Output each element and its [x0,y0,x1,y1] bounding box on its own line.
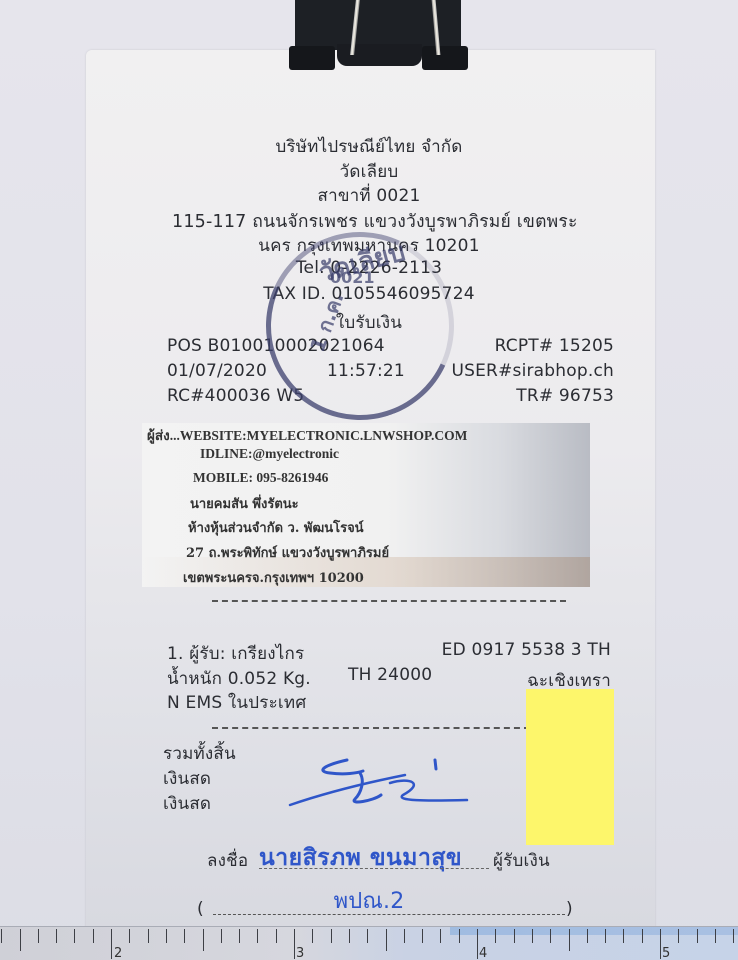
sender-mobile: MOBILE: 095-8261946 [193,470,328,486]
paren-open: ( [197,899,204,919]
measuring-ruler [0,926,738,960]
sender-name: นายคมสัน พึ่งรัตนะ [190,493,299,514]
binder-clip [287,0,470,72]
ruler-tick [477,929,478,959]
ruler-tick [203,929,204,951]
receiver-label: ผู้รับเงิน [493,847,550,874]
sender-address-2: เขตพระนครจ.กรุงเทพฯ 10200 [183,567,364,588]
redaction-box [526,689,614,845]
receipt-date: 01/07/2020 [167,361,267,381]
divider-2 [212,727,530,729]
binder-clip-left-foot [289,46,335,70]
ruler-label-5: 5 [662,946,670,960]
ruler-tick [20,929,21,951]
cash-label-2: เงินสด [163,790,211,817]
signer-name-stamp: นายสิรภพ ขนมาสุข [259,840,462,876]
binder-clip-right-foot [422,46,468,70]
binder-clip-jaw [337,44,422,66]
ruler-tick [312,929,313,943]
user-id: USER#sirabhop.ch [451,361,614,381]
name-blank-line [213,914,565,915]
sender-website: ผู้ส่ง...WEBSITE:MYELECTRONIC.LNWSHOP.CO… [147,424,467,446]
sign-underline [259,868,489,869]
handwritten-signature [285,755,475,815]
ruler-tick [678,929,679,943]
ruler-tick [367,929,368,943]
ruler-tick [569,929,570,951]
destination-code: TH 24000 [348,665,432,685]
sign-label: ลงชื่อ [207,847,248,874]
ruler-tick [257,929,258,943]
ruler-tick [715,929,716,943]
recipient: 1. ผู้รับ: เกรียงไกร [167,640,304,667]
receipt-number: RCPT# 15205 [495,336,614,356]
service-type: N EMS ในประเทศ [167,689,306,716]
ruler-tick [459,929,460,943]
item-weight: น้ำหนัก 0.052 Kg. [167,665,311,692]
address-line-1: 115-117 ถนนจักรเพชร แขวงวังบูรพาภิรมย์ เ… [172,207,578,235]
sender-company: ห้างหุ้นส่วนจำกัด ว. พัฒนโรจน์ [188,517,364,538]
ruler-tick [386,929,387,951]
signer-position: พปณ.2 [0,883,738,918]
rc-number: RC#400036 W5 [167,386,304,406]
ruler-tick [148,929,149,943]
ruler-tick [111,929,112,959]
ruler-tick [93,929,94,943]
tracking-number: ED 0917 5538 3 TH [442,640,611,660]
transaction-number: TR# 96753 [516,386,614,406]
ruler-tick [660,929,661,959]
ruler-tick [697,929,698,943]
ruler-tick [221,929,222,943]
ruler-tick [532,929,533,943]
ruler-label-4: 4 [479,946,487,960]
ruler-tick [184,929,185,943]
ruler-tick [440,929,441,943]
ruler-tick [166,929,167,943]
ruler-tick [38,929,39,943]
ruler-tick [404,929,405,943]
sender-idline: IDLINE:@myelectronic [200,446,339,462]
sender-address-1: 27 ถ.พระพิทักษ์ แขวงวังบูรพาภิรมย์ [186,542,389,563]
ruler-tick [495,929,496,943]
ruler-tick [605,929,606,943]
ruler-tick [514,929,515,943]
total-label: รวมทั้งสิ้น [163,740,236,767]
ruler-tick [129,929,130,943]
stamp-code-text: 0021 [330,268,375,287]
ruler-label-3: 3 [296,946,304,960]
divider-1 [212,600,566,602]
ruler-tick [623,929,624,943]
ruler-label-2: 2 [114,946,122,960]
ruler-tick [331,929,332,943]
ruler-blue-band [450,927,738,935]
cash-label-1: เงินสด [163,765,211,792]
paren-close: ) [566,899,573,919]
ruler-tick [239,929,240,943]
branch-number: สาขาที่ 0021 [0,182,738,209]
ruler-tick [74,929,75,943]
ruler-tick [422,929,423,943]
office-name: วัดเลียบ [0,158,738,185]
ruler-tick [550,929,551,943]
company-name: บริษัทไปรษณีย์ไทย จำกัด [0,133,738,160]
ruler-tick [733,929,734,943]
ruler-tick [294,929,295,959]
ruler-tick [349,929,350,943]
ruler-tick [1,929,2,943]
ruler-tick [276,929,277,943]
ruler-tick [56,929,57,943]
ruler-tick [642,929,643,943]
ruler-tick [587,929,588,943]
